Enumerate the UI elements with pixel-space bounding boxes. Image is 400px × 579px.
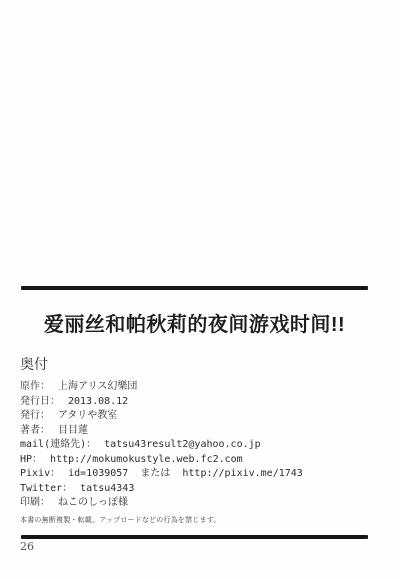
colophon-row-label: HP： [20, 454, 42, 465]
page-number: 26 [20, 540, 34, 553]
colophon-row-label: Twitter： [20, 483, 72, 494]
colophon-row: Pixiv：id=1039057 または http://pixiv.me/174… [20, 467, 380, 482]
colophon-row-value: アタリや教室 [58, 410, 117, 421]
colophon-row: HP：http://mokumokustyle.web.fc2.com [20, 453, 380, 468]
colophon-row: Twitter：tatsu4343 [20, 482, 380, 497]
colophon-row-label: 印刷： [20, 497, 50, 508]
colophon-row-value: tatsu43result2@yahoo.co.jp [104, 439, 261, 450]
colophon-row-label: 原作： [20, 381, 50, 392]
colophon-row: 原作：上海アリス幻樂団 [20, 380, 380, 395]
colophon-credits: 原作：上海アリス幻樂団 発行日：2013.08.12 発行：アタリや教室 著者：… [20, 380, 380, 511]
colophon-row: 発行日：2013.08.12 [20, 395, 380, 410]
colophon-row-value: 目目蓮 [58, 425, 88, 436]
colophon-row-label: 発行： [20, 410, 50, 421]
colophon-row: 発行：アタリや教室 [20, 409, 380, 424]
colophon-row-value: http://mokumokustyle.web.fc2.com [50, 454, 243, 465]
colophon-row: mail(連絡先)：tatsu43result2@yahoo.co.jp [20, 438, 380, 453]
colophon-row-value: tatsu4343 [80, 483, 134, 494]
copyright-note: 本書の無断複製・転載、アップロードなどの行為を禁じます。 [20, 515, 221, 525]
colophon-row-label: mail(連絡先)： [20, 439, 96, 450]
book-title: 爱丽丝和帕秋莉的夜间游戏时间!! [21, 308, 368, 337]
bottom-divider-rule [21, 535, 368, 539]
colophon-row-value: 上海アリス幻樂団 [58, 381, 137, 392]
colophon-row-value: ねこのしっぽ様 [58, 497, 128, 508]
colophon-row-label: Pixiv： [20, 468, 60, 479]
colophon-row-value: id=1039057 または http://pixiv.me/1743 [68, 468, 303, 479]
colophon-row-label: 発行日： [20, 396, 60, 407]
colophon-row-label: 著者： [20, 425, 50, 436]
colophon-row: 著者：目目蓮 [20, 424, 380, 439]
colophon-section-heading: 奥付 [20, 354, 48, 374]
colophon-row-value: 2013.08.12 [68, 396, 128, 407]
top-divider-rule [21, 286, 368, 290]
scanned-colophon-page: 爱丽丝和帕秋莉的夜间游戏时间!! 奥付 原作：上海アリス幻樂団 発行日：2013… [0, 0, 400, 579]
colophon-row: 印刷：ねこのしっぽ様 [20, 496, 380, 511]
